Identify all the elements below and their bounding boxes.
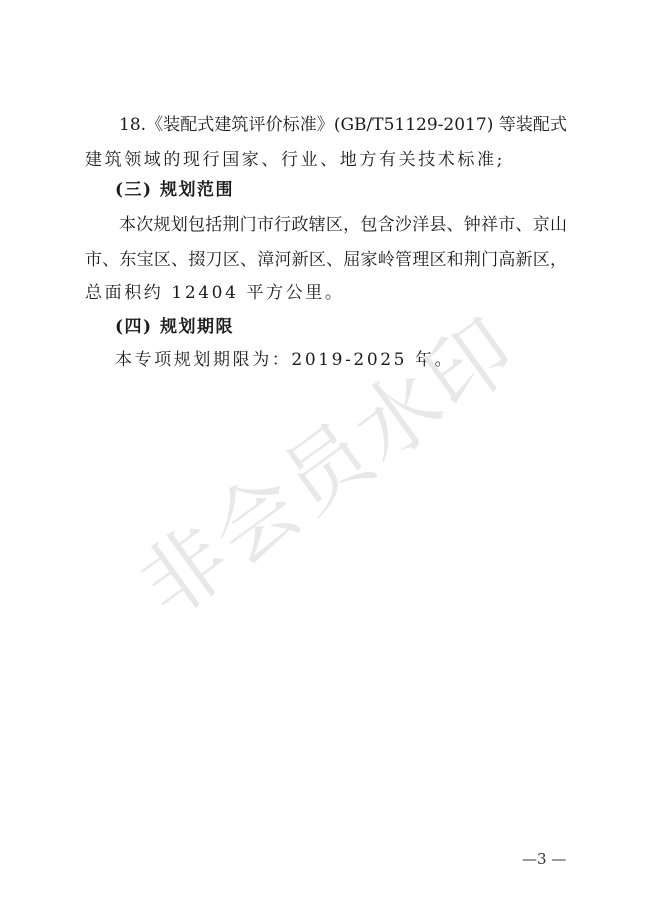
- section-heading-planning-scope: (三) 规划范围: [115, 179, 234, 201]
- section-heading-planning-period: (四) 规划期限: [115, 316, 234, 338]
- planning-scope-line-1: 本次规划包括荆门市行政辖区，包含沙洋县、钟祥市、京山: [119, 214, 567, 236]
- planning-period-line-1: 本专项规划期限为：2019-2025 年。: [115, 349, 454, 371]
- standard-item-18-line-1: 18.《装配式建筑评价标准》(GB/T51129-2017) 等装配式: [119, 114, 567, 136]
- planning-scope-line-3: 总面积约 12404 平方公里。: [85, 282, 345, 304]
- page-number: —3 —: [522, 850, 566, 868]
- standard-item-18-line-2: 建筑领域的现行国家、行业、地方有关技术标准;: [85, 149, 505, 171]
- document-page: 18.《装配式建筑评价标准》(GB/T51129-2017) 等装配式 建筑领域…: [0, 0, 650, 919]
- planning-scope-line-2: 市、东宝区、掇刀区、漳河新区、屈家岭管理区和荆门高新区，: [85, 249, 567, 271]
